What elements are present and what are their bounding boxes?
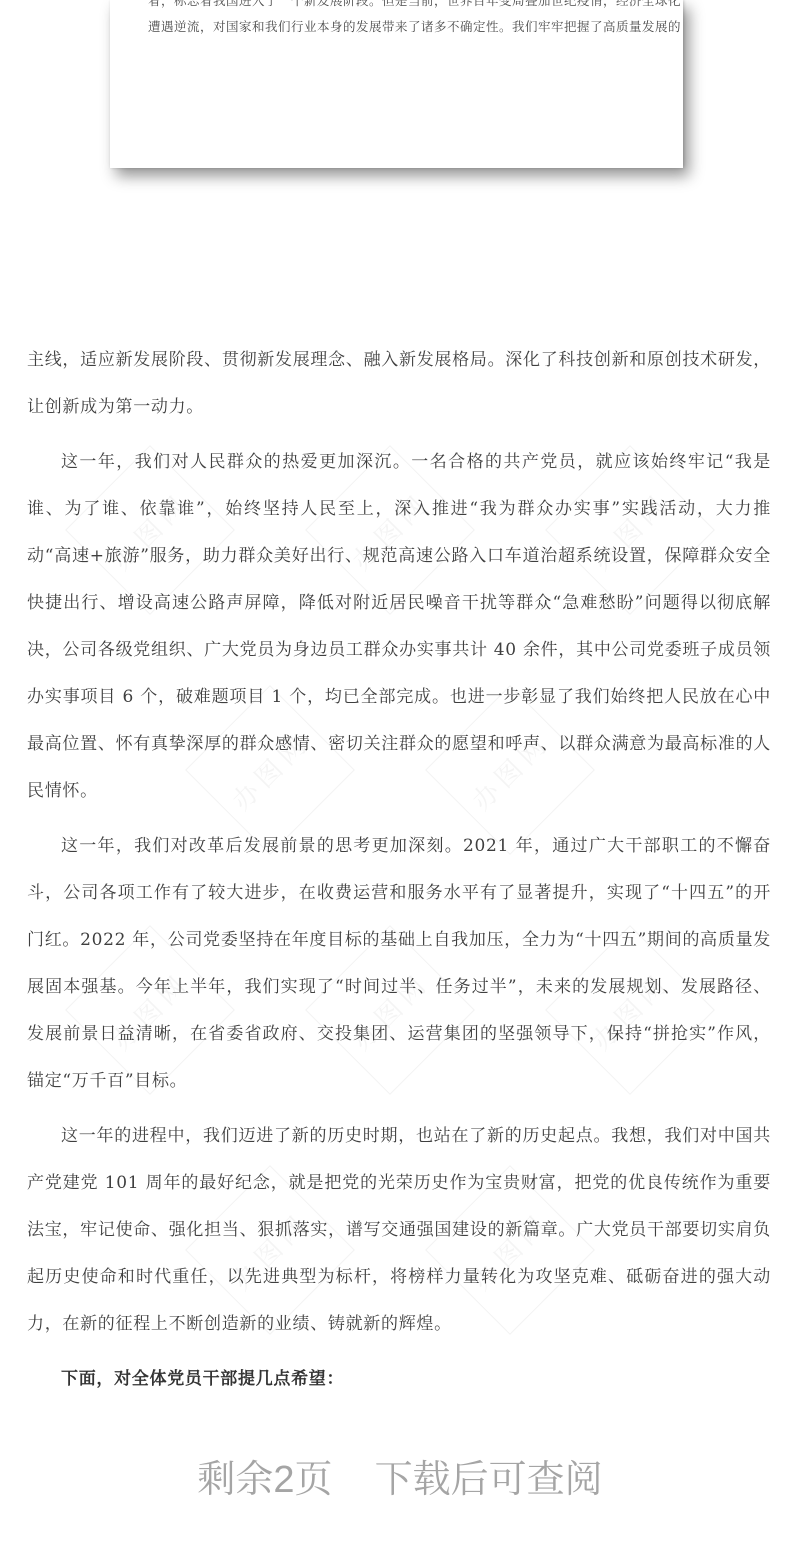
download-hint-label: 下载后可查阅 <box>375 1459 603 1501</box>
paragraph-hopes-heading: 下面，对全体党员干部提几点希望： <box>27 1356 771 1403</box>
page1-preview-card: 着，标志着我国进入了一个新发展阶段。但是当前，世界百年变局叠加世纪疫情，经济全球… <box>110 0 683 168</box>
document-body-text: 主线，适应新发展阶段、贯彻新发展理念、融入新发展格局。深化了科技创新和原创技术研… <box>27 337 771 1411</box>
page1-line-truncated: 着，标志着我国进入了一个新发展阶段。但是当前，世界百年变局叠加世纪疫情，经济全球… <box>148 0 670 14</box>
paragraph-people-love: 这一年，我们对人民群众的热爱更加深沉。一名合格的共产党员，就应该始终牢记“我是谁… <box>27 439 771 815</box>
paragraph-new-era: 这一年的进程中，我们迈进了新的历史时期，也站在了新的历史起点。我想，我们对中国共… <box>27 1113 771 1348</box>
remaining-pages-bar: 剩余2页下载后可查阅 <box>0 1448 800 1503</box>
page1-line: 遭遇逆流，对国家和我们行业本身的发展带来了诸多不确定性。我们牢牢把握了高质量发展… <box>148 14 670 40</box>
document-preview-page: 着，标志着我国进入了一个新发展阶段。但是当前，世界百年变局叠加世纪疫情，经济全球… <box>0 0 800 1549</box>
paragraph-reform-outlook: 这一年，我们对改革后发展前景的思考更加深刻。2021 年，通过广大干部职工的不懈… <box>27 823 771 1105</box>
remaining-pages-label: 剩余2页 <box>197 1459 332 1501</box>
paragraph-continuation: 主线，适应新发展阶段、贯彻新发展理念、融入新发展格局。深化了科技创新和原创技术研… <box>27 337 771 431</box>
